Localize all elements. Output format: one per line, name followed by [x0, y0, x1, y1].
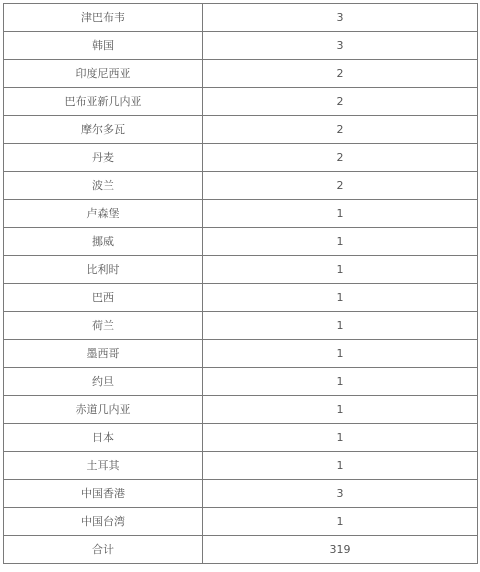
total-count: 319 [203, 536, 478, 564]
region-cell: 印度尼西亚 [4, 60, 203, 88]
region-cell: 比利时 [4, 256, 203, 284]
data-table-container: 津巴布韦 3 韩国 3 印度尼西亚 2 巴布亚新几内亚 2 摩尔多瓦 2 丹麦 … [3, 3, 477, 564]
region-cell: 墨西哥 [4, 340, 203, 368]
table-row: 巴布亚新几内亚 2 [4, 88, 478, 116]
region-cell: 波兰 [4, 172, 203, 200]
count-cell: 1 [203, 256, 478, 284]
count-cell: 1 [203, 340, 478, 368]
count-cell: 2 [203, 144, 478, 172]
table-row: 比利时 1 [4, 256, 478, 284]
count-cell: 1 [203, 228, 478, 256]
count-cell: 1 [203, 452, 478, 480]
region-cell: 中国香港 [4, 480, 203, 508]
count-cell: 3 [203, 32, 478, 60]
region-cell: 荷兰 [4, 312, 203, 340]
table-row: 中国台湾 1 [4, 508, 478, 536]
count-cell: 1 [203, 312, 478, 340]
count-cell: 1 [203, 508, 478, 536]
table-row: 挪威 1 [4, 228, 478, 256]
table-row: 津巴布韦 3 [4, 4, 478, 32]
region-cell: 中国台湾 [4, 508, 203, 536]
table-row: 韩国 3 [4, 32, 478, 60]
region-cell: 卢森堡 [4, 200, 203, 228]
count-cell: 2 [203, 116, 478, 144]
table-row: 荷兰 1 [4, 312, 478, 340]
table-row: 中国香港 3 [4, 480, 478, 508]
region-cell: 津巴布韦 [4, 4, 203, 32]
region-cell: 摩尔多瓦 [4, 116, 203, 144]
table-row: 波兰 2 [4, 172, 478, 200]
count-cell: 3 [203, 480, 478, 508]
table-row: 巴西 1 [4, 284, 478, 312]
total-row: 合计 319 [4, 536, 478, 564]
table-row: 约旦 1 [4, 368, 478, 396]
table-body: 津巴布韦 3 韩国 3 印度尼西亚 2 巴布亚新几内亚 2 摩尔多瓦 2 丹麦 … [4, 4, 478, 564]
count-cell: 1 [203, 284, 478, 312]
region-cell: 日本 [4, 424, 203, 452]
region-cell: 约旦 [4, 368, 203, 396]
country-count-table: 津巴布韦 3 韩国 3 印度尼西亚 2 巴布亚新几内亚 2 摩尔多瓦 2 丹麦 … [3, 3, 478, 564]
region-cell: 韩国 [4, 32, 203, 60]
region-cell: 土耳其 [4, 452, 203, 480]
region-cell: 赤道几内亚 [4, 396, 203, 424]
region-cell: 巴布亚新几内亚 [4, 88, 203, 116]
region-cell: 挪威 [4, 228, 203, 256]
table-row: 日本 1 [4, 424, 478, 452]
count-cell: 1 [203, 368, 478, 396]
count-cell: 1 [203, 200, 478, 228]
count-cell: 1 [203, 424, 478, 452]
region-cell: 巴西 [4, 284, 203, 312]
table-row: 土耳其 1 [4, 452, 478, 480]
total-label: 合计 [4, 536, 203, 564]
region-cell: 丹麦 [4, 144, 203, 172]
count-cell: 2 [203, 172, 478, 200]
count-cell: 1 [203, 396, 478, 424]
table-row: 墨西哥 1 [4, 340, 478, 368]
table-row: 赤道几内亚 1 [4, 396, 478, 424]
table-row: 摩尔多瓦 2 [4, 116, 478, 144]
table-row: 印度尼西亚 2 [4, 60, 478, 88]
count-cell: 2 [203, 60, 478, 88]
count-cell: 2 [203, 88, 478, 116]
count-cell: 3 [203, 4, 478, 32]
table-row: 卢森堡 1 [4, 200, 478, 228]
table-row: 丹麦 2 [4, 144, 478, 172]
